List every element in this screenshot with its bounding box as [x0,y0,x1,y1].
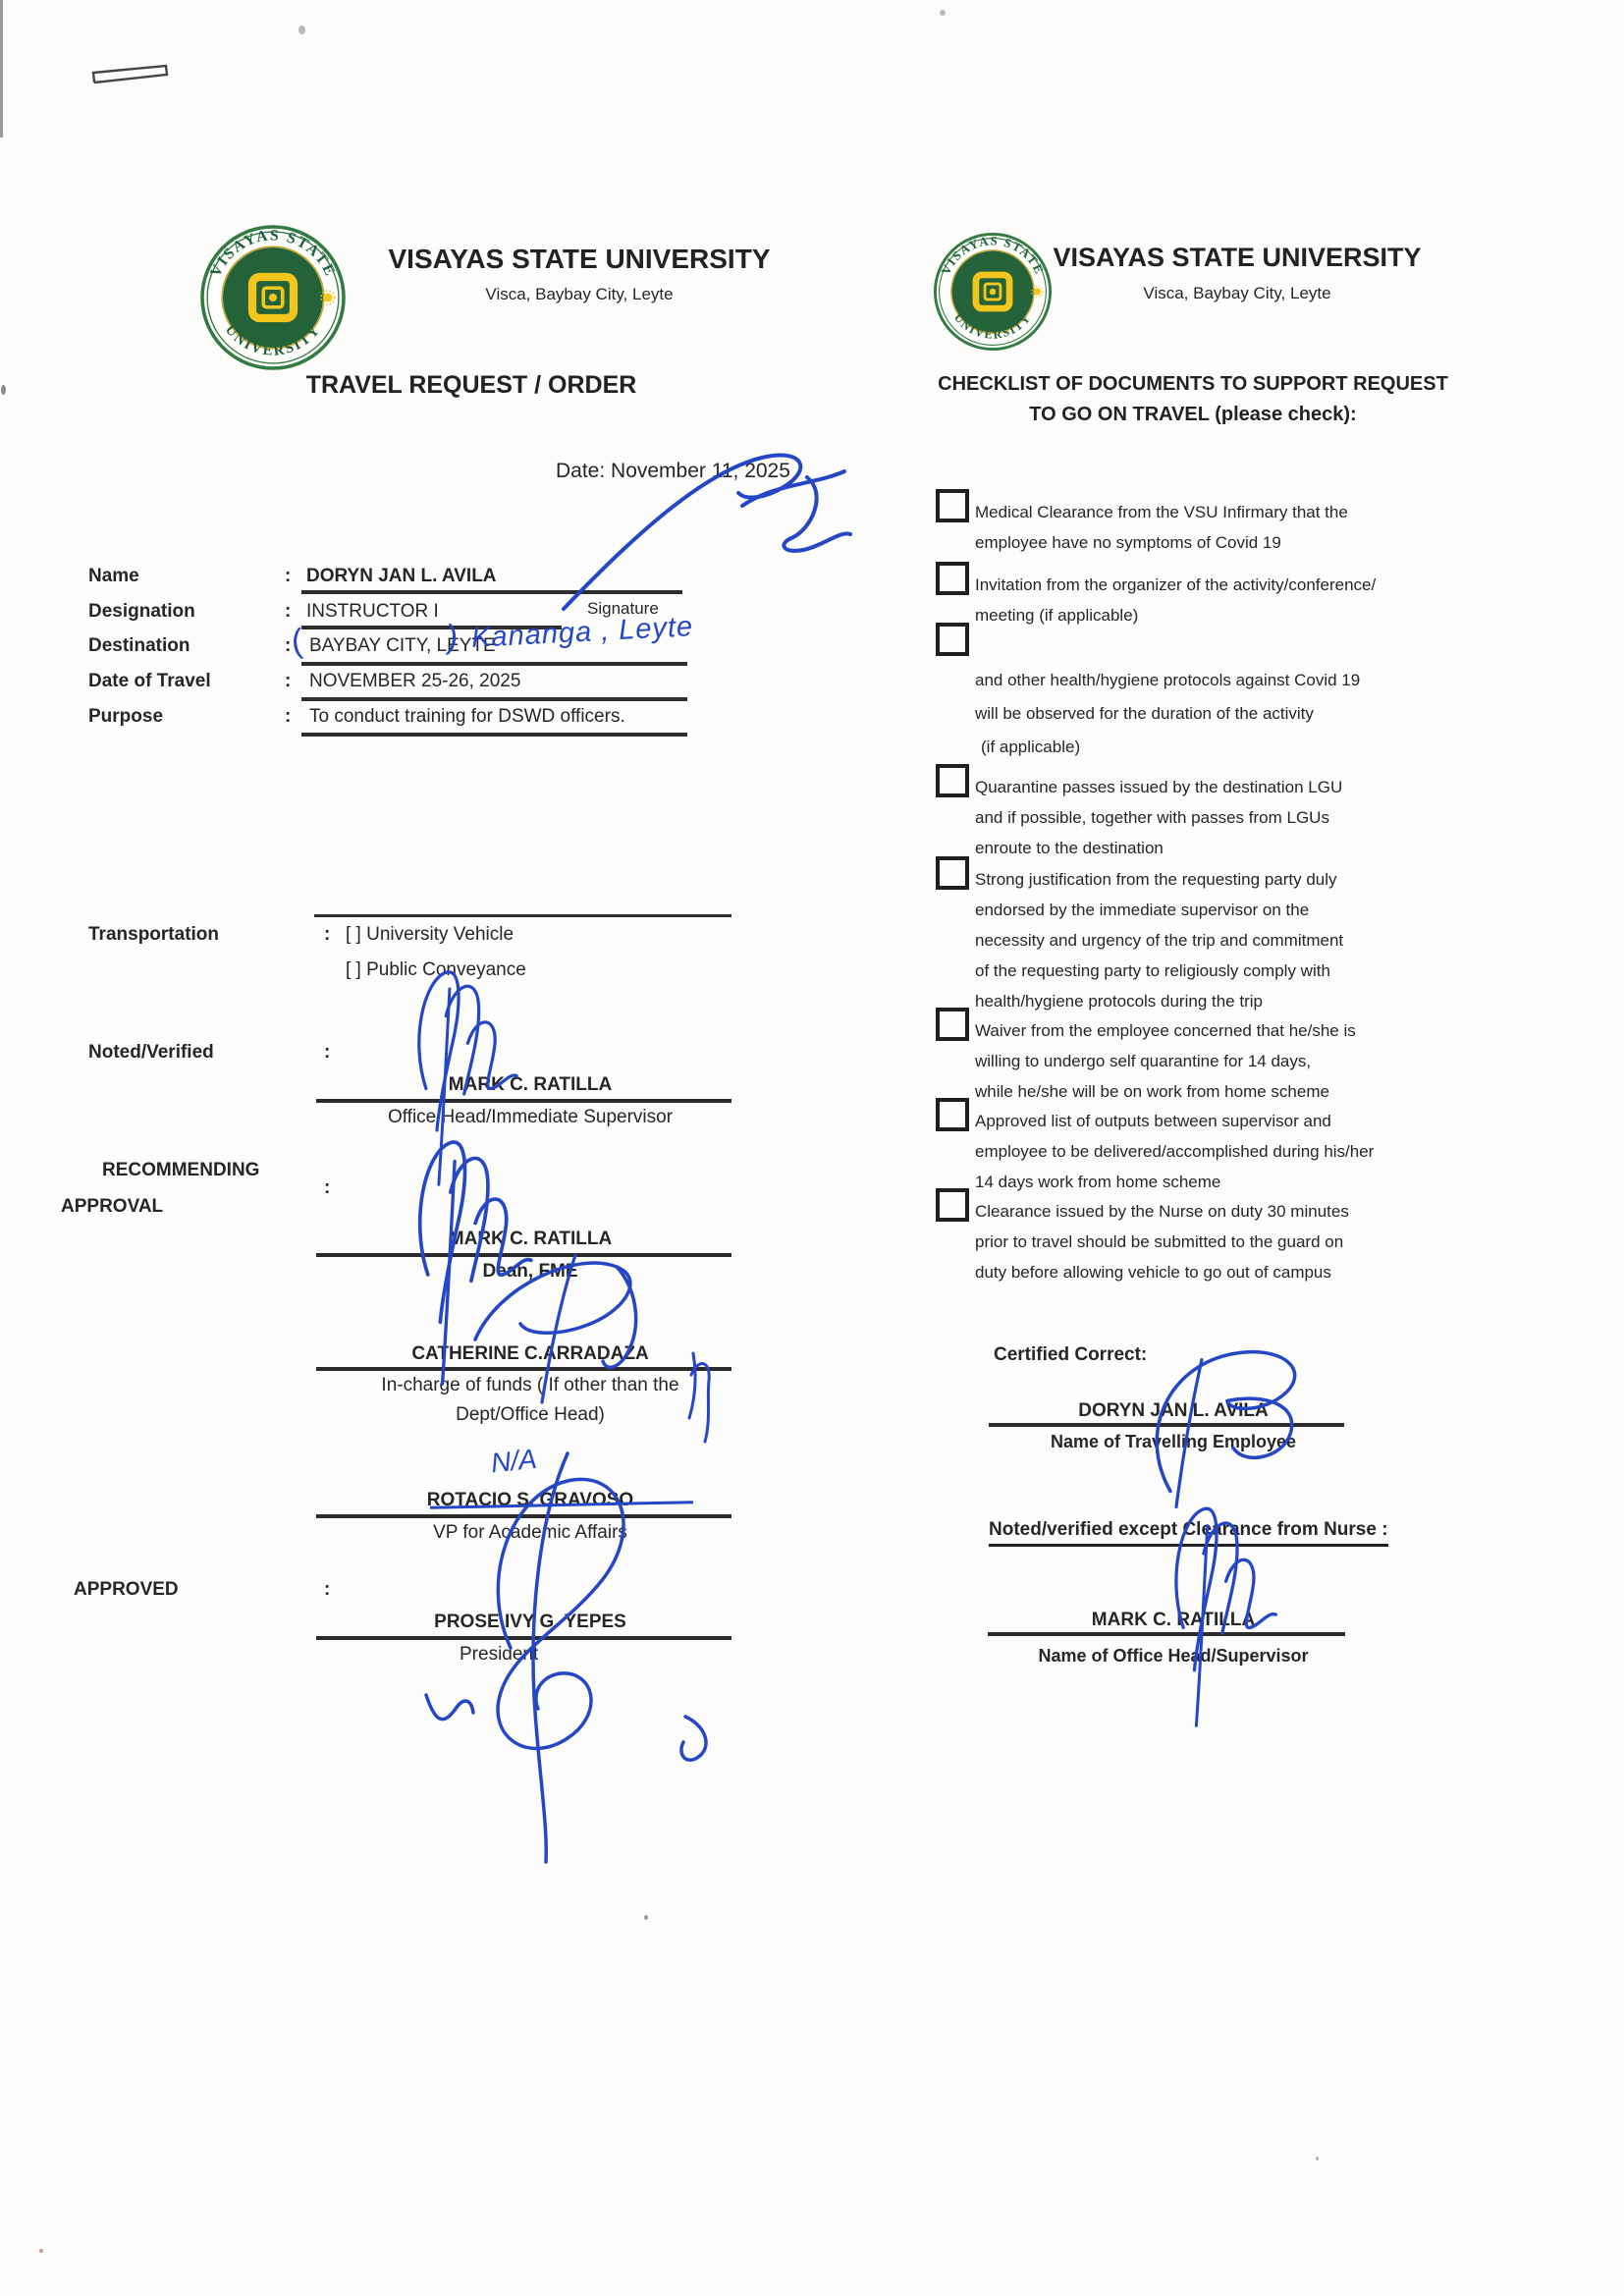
signatory-title: Name of Travelling Employee [1011,1432,1335,1452]
field-label-designation: Designation [88,601,195,623]
signature-line [316,1367,731,1371]
checklist-item-line: Approved list of outputs between supervi… [975,1106,1374,1136]
checklist-item-line: will be observed for the duration of the… [975,697,1360,731]
checklist-item: and other health/hygiene protocols again… [975,664,1360,764]
checklist-item-line: Waiver from the employee concerned that … [975,1015,1356,1046]
colon: : [285,671,291,692]
field-label-name: Name [88,566,139,587]
scan-artifact [0,0,3,137]
signatory-title: Name of Office Head/Supervisor [1011,1646,1335,1667]
checklist-item-line: meeting (if applicable) [975,600,1376,630]
checklist-item: Strong justification from the requesting… [975,864,1343,1016]
checkbox [936,1098,969,1131]
noted-verified-label: Noted/Verified [88,1042,214,1064]
signature-line [988,1632,1345,1636]
field-label-destination: Destination [88,635,189,657]
recommending-label: RECOMMENDING [102,1160,259,1181]
seal-sun-icon [323,294,332,302]
checklist-item-line: Strong justification from the requesting… [975,864,1343,895]
signatory-name: DORYN JAN L. AVILA [1011,1400,1335,1422]
colon: : [285,601,291,623]
colon: : [285,635,291,657]
checkbox [936,856,969,890]
field-underline [301,733,687,737]
signature-line [989,1423,1344,1427]
colon: : [324,1177,330,1199]
checklist-item: Waiver from the employee concerned that … [975,1015,1356,1107]
checklist-item-line: while he/she will be on work from home s… [975,1076,1356,1107]
checklist-item: Invitation from the organizer of the act… [975,570,1376,630]
checklist-title-line2: TO GO ON TRAVEL (please check): [928,404,1458,426]
checklist-item: Approved list of outputs between supervi… [975,1106,1374,1197]
field-underline [301,590,682,594]
scan-artifact [1,385,6,395]
handwritten-destination: Kananga , Leyte [470,611,694,655]
checkbox [936,1008,969,1041]
signatory-title: Dean, FME [324,1261,736,1283]
checkbox [936,489,969,522]
university-seal: VISAYAS STATE UNIVERSITY [199,224,347,371]
signature-ink-ratilla [391,953,577,1188]
colon: : [324,1042,330,1064]
transportation-option-university-vehicle: [ ] University Vehicle [346,924,514,946]
signature-line [316,1636,731,1640]
colon: : [324,924,330,946]
checklist-item-line: employee to be delivered/accomplished du… [975,1136,1374,1167]
checklist-item-line: of the requesting party to religiously c… [975,956,1343,986]
scanned-travel-request-document: VISAYAS STATE UNIVERSITY VISAYAS STATE U… [0,0,1624,2296]
scan-artifact [39,2249,43,2253]
checklist-item-line: Quarantine passes issued by the destinat… [975,772,1342,802]
scan-artifact [940,10,946,16]
checklist-item-line: and other health/hygiene protocols again… [975,664,1360,697]
handwritten-na: N/A [489,1444,538,1480]
signature-line [316,1099,731,1103]
scan-artifact [1316,2157,1319,2160]
right-university-title: VISAYAS STATE UNIVERSITY [1021,243,1453,273]
field-label-purpose: Purpose [88,706,163,728]
checklist-item-line: Clearance issued by the Nurse on duty 30… [975,1196,1349,1227]
field-label-transportation: Transportation [88,924,219,946]
signatory-title: Office Head/Immediate Supervisor [324,1107,736,1128]
field-underline [301,662,687,666]
checklist-item: Clearance issued by the Nurse on duty 30… [975,1196,1349,1287]
checklist-item-line: prior to travel should be submitted to t… [975,1227,1349,1257]
signatory-title: VP for Academic Affairs [324,1522,736,1544]
checklist-item-line: health/hygiene protocols during the trip [975,986,1343,1016]
signatory-title: In-charge of funds ( If other than the [324,1375,736,1396]
checklist-item: Quarantine passes issued by the destinat… [975,772,1342,863]
checkbox [936,623,969,656]
blank-line [314,914,731,917]
scan-artifact [644,1915,648,1920]
checklist-item-line: endorsed by the immediate supervisor on … [975,895,1343,925]
checklist-item-line: (if applicable) [975,731,1360,764]
left-university-address: Visca, Baybay City, Leyte [363,285,795,304]
checklist-title-line1: CHECKLIST OF DOCUMENTS TO SUPPORT REQUES… [928,373,1458,396]
signatory-title: Dept/Office Head) [324,1404,736,1426]
checklist-item-line: necessity and urgency of the trip and co… [975,925,1343,956]
signature-line [316,1253,731,1257]
transportation-option-public-conveyance: [ ] Public Conveyance [346,959,526,981]
field-value-destination: BAYBAY CITY, LEYTE [309,635,496,657]
checklist-item-line: willing to undergo self quarantine for 1… [975,1046,1356,1076]
checklist-item-line: duty before allowing vehicle to go out o… [975,1257,1349,1287]
field-underline [301,697,687,701]
checklist-item-line: employee have no symptoms of Covid 19 [975,527,1348,558]
field-value-name: DORYN JAN L. AVILA [306,566,497,587]
colon: : [285,566,291,587]
approved-label: APPROVED [74,1579,179,1601]
field-value-designation: INSTRUCTOR I [306,601,439,623]
colon: : [285,706,291,728]
signatory-name: MARK C. RATILLA [324,1229,736,1250]
checkbox [936,562,969,595]
right-university-address: Visca, Baybay City, Leyte [1021,284,1453,303]
checkbox [936,1188,969,1222]
date-line: Date: November 11, 2025 [556,460,790,483]
checklist-item-line: 14 days work from home scheme [975,1167,1374,1197]
certified-correct-label: Certified Correct: [994,1344,1147,1366]
checklist-item-line: enroute to the destination [975,833,1342,863]
field-label-date-of-travel: Date of Travel [88,671,211,692]
checkbox [936,764,969,797]
noted-except-label: Noted/verified except Clearance from Nur… [989,1519,1388,1547]
colon: : [324,1579,330,1601]
form-title: TRAVEL REQUEST / ORDER [245,371,697,400]
checklist-item-line: and if possible, together with passes fr… [975,802,1342,833]
signature-line [316,1514,731,1518]
scan-artifact [298,26,305,34]
approval-label: APPROVAL [61,1196,163,1218]
checklist-item-line: Medical Clearance from the VSU Infirmary… [975,497,1348,527]
left-university-title: VISAYAS STATE UNIVERSITY [363,244,795,275]
checklist-item-line: Invitation from the organizer of the act… [975,570,1376,600]
field-value-purpose: To conduct training for DSWD officers. [309,706,625,728]
checklist-item: Medical Clearance from the VSU Infirmary… [975,497,1348,558]
signatory-title: President [460,1644,538,1666]
signature-ink-avila [1108,1341,1382,1513]
signatory-name: CATHERINE C.ARRADAZA [324,1343,736,1365]
signatory-name: MARK C. RATILLA [324,1074,736,1096]
field-value-date-of-travel: NOVEMBER 25-26, 2025 [309,671,520,692]
signatory-name: PROSE IVY G. YEPES [324,1612,736,1633]
signatory-name: MARK C. RATILLA [1011,1610,1335,1631]
staple-mark [90,63,171,90]
